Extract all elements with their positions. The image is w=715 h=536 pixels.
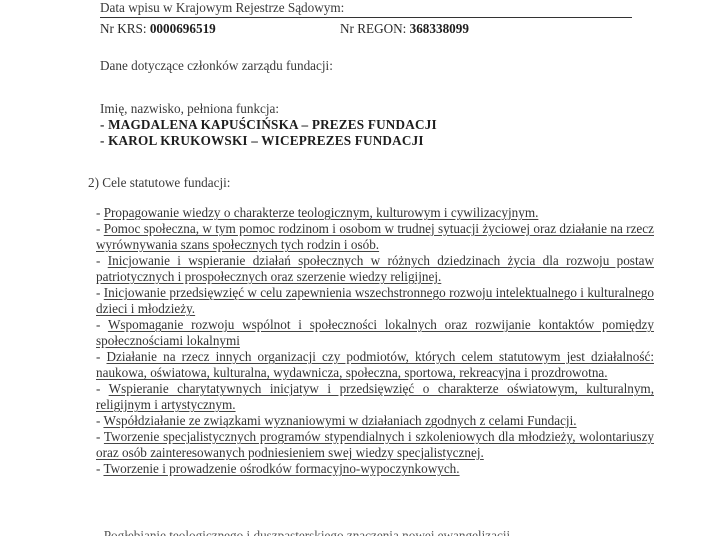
statutory-goal-text: Inicjowanie przedsięwzięć w celu zapewni… — [96, 285, 654, 316]
board-member: - MAGDALENA KAPUŚCIŃSKA – PREZES FUNDACJ… — [100, 117, 437, 133]
regon-number: Nr REGON: 368338099 — [340, 21, 469, 37]
statutory-goal-item: - Współdziałanie ze związkami wyznaniowy… — [96, 413, 654, 429]
statutory-goal-item: - Działanie na rzecz innych organizacji … — [96, 349, 654, 381]
statutory-goal-text: Inicjowanie i wspieranie działań społecz… — [96, 253, 654, 284]
statutory-goal-item: - Inicjowanie i wspieranie działań społe… — [96, 253, 654, 285]
statutory-goal-text: Wspomaganie rozwoju wspólnot i społeczno… — [96, 317, 654, 348]
bullet-dash: - — [96, 253, 108, 268]
statutory-goal-item: - Tworzenie i prowadzenie ośrodków forma… — [96, 461, 654, 477]
bullet-dash: - — [96, 221, 104, 236]
registry-entry-date-label: Data wpisu w Krajowym Rejestrze Sądowym: — [100, 0, 632, 18]
statutory-goal-text: Pomoc społeczna, w tym pomoc rodzinom i … — [96, 221, 654, 252]
statutory-goals-heading: 2) Cele statutowe fundacji: — [88, 175, 230, 191]
bullet-dash: - — [96, 205, 104, 220]
bullet-dash: - — [96, 429, 104, 444]
statutory-goal-item: - Pomoc społeczna, w tym pomoc rodzinom … — [96, 221, 654, 253]
krs-number: Nr KRS: 0000696519 — [100, 21, 216, 37]
statutory-goal-item: - Tworzenie specjalistycznych programów … — [96, 429, 654, 461]
statutory-goal-text: Propagowanie wiedzy o charakterze teolog… — [104, 205, 539, 220]
document-page: Data wpisu w Krajowym Rejestrze Sądowym:… — [0, 0, 715, 536]
statutory-goal-item: - Wspieranie charytatywnych inicjatyw i … — [96, 381, 654, 413]
krs-label: Nr KRS: — [100, 21, 147, 36]
statutory-goal-item: - Propagowanie wiedzy o charakterze teol… — [96, 205, 654, 221]
bullet-dash: - — [96, 317, 108, 332]
statutory-goal-text: Działanie na rzecz innych organizacji cz… — [96, 349, 654, 380]
krs-value: 0000696519 — [150, 21, 216, 36]
cut-off-goal: - Pogłębianie teologicznego i duszpaster… — [96, 528, 513, 536]
bullet-dash: - — [96, 381, 109, 396]
statutory-goals-list: - Propagowanie wiedzy o charakterze teol… — [96, 205, 654, 477]
regon-value: 368338099 — [410, 21, 469, 36]
regon-label: Nr REGON: — [340, 21, 406, 36]
statutory-goal-text: Wspieranie charytatywnych inicjatyw i pr… — [96, 381, 654, 412]
board-member: - KAROL KRUKOWSKI – WICEPREZES FUNDACJI — [100, 133, 424, 149]
board-heading: Dane dotyczące członków zarządu fundacji… — [100, 58, 333, 74]
statutory-goal-text: Tworzenie i prowadzenie ośrodków formacy… — [103, 461, 459, 476]
board-function-label: Imię, nazwisko, pełniona funkcja: — [100, 101, 279, 117]
statutory-goal-item: - Wspomaganie rozwoju wspólnot i społecz… — [96, 317, 654, 349]
statutory-goal-item: - Inicjowanie przedsięwzięć w celu zapew… — [96, 285, 654, 317]
bullet-dash: - — [96, 285, 104, 300]
bullet-dash: - — [96, 349, 107, 364]
statutory-goal-text: Współdziałanie ze związkami wyznaniowymi… — [103, 413, 576, 428]
statutory-goal-text: Tworzenie specjalistycznych programów st… — [96, 429, 654, 460]
